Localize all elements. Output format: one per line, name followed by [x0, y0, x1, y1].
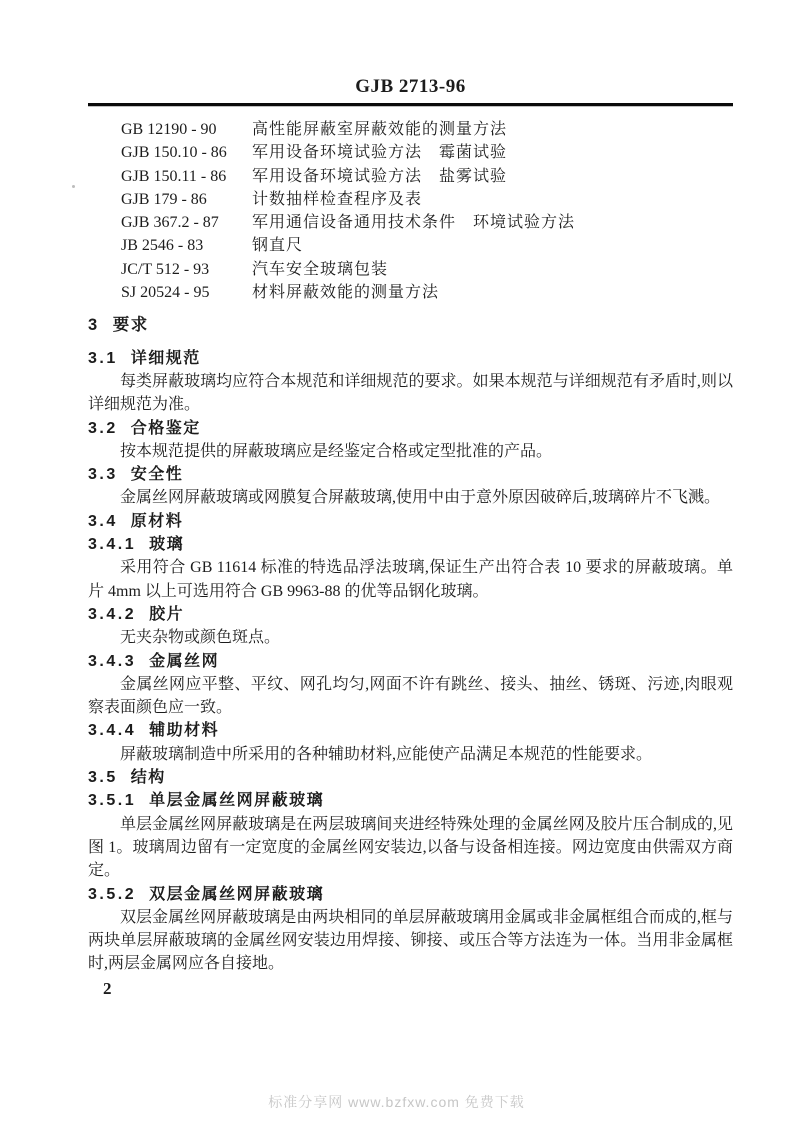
heading-number: 3.5.2 [88, 886, 136, 903]
heading-number: 3.4.1 [88, 536, 136, 553]
reference-row: GJB 150.11 - 86军用设备环境试验方法 盐雾试验 [88, 165, 733, 188]
page-content: GJB 2713-96 GB 12190 - 90高性能屏蔽室屏蔽效能的测量方法… [88, 76, 733, 1000]
heading-title: 合格鉴定 [131, 420, 201, 437]
heading-number: 3 [88, 316, 100, 334]
heading-number: 3.4.3 [88, 653, 136, 670]
body-blocks: 3要求3.1详细规范每类屏蔽玻璃均应符合本规范和详细规范的要求。如果本规范与详细… [88, 314, 733, 975]
reference-code: JB 2546 - 83 [121, 234, 252, 257]
document-page: GJB 2713-96 GB 12190 - 90高性能屏蔽室屏蔽效能的测量方法… [0, 0, 793, 1122]
reference-row: GB 12190 - 90高性能屏蔽室屏蔽效能的测量方法 [88, 118, 733, 141]
heading-number: 3.2 [88, 420, 118, 437]
heading-number: 3.4.4 [88, 722, 136, 739]
paragraph: 金属丝网应平整、平纹、网孔均匀,网面不许有跳丝、接头、抽丝、锈斑、污迹,肉眼观察… [88, 673, 733, 720]
reference-code: GB 12190 - 90 [121, 118, 252, 141]
references-list: GB 12190 - 90高性能屏蔽室屏蔽效能的测量方法GJB 150.10 -… [88, 118, 733, 304]
reference-title: 汽车安全玻璃包装 [252, 258, 733, 281]
standard-number: GJB 2713-96 [88, 76, 733, 98]
reference-title: 军用设备环境试验方法 霉菌试验 [252, 141, 733, 164]
section-heading: 3.5.2双层金属丝网屏蔽玻璃 [88, 883, 733, 906]
section-heading: 3.1详细规范 [88, 347, 733, 370]
heading-number: 3.1 [88, 350, 118, 367]
header-rule [88, 103, 733, 106]
heading-title: 双层金属丝网屏蔽玻璃 [149, 886, 324, 903]
paragraph: 采用符合 GB 11614 标准的特选品浮法玻璃,保证生产出符合表 10 要求的… [88, 556, 733, 603]
heading-title: 原材料 [131, 513, 184, 530]
heading-title: 金属丝网 [149, 653, 219, 670]
heading-title: 详细规范 [131, 350, 201, 367]
paragraph: 金属丝网屏蔽玻璃或网膜复合屏蔽玻璃,使用中由于意外原因破碎后,玻璃碎片不飞溅。 [88, 486, 733, 509]
section-heading: 3要求 [88, 314, 733, 337]
heading-number: 3.5 [88, 769, 118, 786]
reference-code: JC/T 512 - 93 [121, 258, 252, 281]
heading-title: 辅助材料 [149, 722, 219, 739]
reference-row: JB 2546 - 83钢直尺 [88, 234, 733, 257]
section-heading: 3.2合格鉴定 [88, 417, 733, 440]
heading-title: 安全性 [131, 466, 184, 483]
section-heading: 3.3安全性 [88, 463, 733, 486]
reference-row: SJ 20524 - 95材料屏蔽效能的测量方法 [88, 281, 733, 304]
footer-watermark: 标准分享网 www.bzfxw.com 免费下载 [0, 1092, 793, 1112]
paragraph: 无夹杂物或颜色斑点。 [88, 626, 733, 649]
section-heading: 3.5.1单层金属丝网屏蔽玻璃 [88, 789, 733, 812]
heading-title: 胶片 [149, 606, 184, 623]
section-heading: 3.5结构 [88, 766, 733, 789]
heading-number: 3.3 [88, 466, 118, 483]
section-heading: 3.4.3金属丝网 [88, 650, 733, 673]
reference-row: GJB 150.10 - 86军用设备环境试验方法 霉菌试验 [88, 141, 733, 164]
reference-title: 军用通信设备通用技术条件 环境试验方法 [252, 211, 733, 234]
heading-number: 3.4.2 [88, 606, 136, 623]
reference-title: 高性能屏蔽室屏蔽效能的测量方法 [252, 118, 733, 141]
reference-row: GJB 179 - 86计数抽样检查程序及表 [88, 188, 733, 211]
section-heading: 3.4.4辅助材料 [88, 719, 733, 742]
paragraph: 单层金属丝网屏蔽玻璃是在两层玻璃间夹进经特殊处理的金属丝网及胶片压合制成的,见图… [88, 813, 733, 883]
heading-title: 要求 [113, 316, 149, 334]
reference-title: 军用设备环境试验方法 盐雾试验 [252, 165, 733, 188]
paragraph: 双层金属丝网屏蔽玻璃是由两块相同的单层屏蔽玻璃用金属或非金属框组合而成的,框与两… [88, 906, 733, 976]
reference-row: JC/T 512 - 93汽车安全玻璃包装 [88, 258, 733, 281]
paragraph: 按本规范提供的屏蔽玻璃应是经鉴定合格或定型批准的产品。 [88, 440, 733, 463]
reference-row: GJB 367.2 - 87军用通信设备通用技术条件 环境试验方法 [88, 211, 733, 234]
reference-code: GJB 367.2 - 87 [121, 211, 252, 234]
paragraph: 每类屏蔽玻璃均应符合本规范和详细规范的要求。如果本规范与详细规范有矛盾时,则以详… [88, 370, 733, 417]
reference-code: GJB 150.11 - 86 [121, 165, 252, 188]
heading-title: 单层金属丝网屏蔽玻璃 [149, 792, 324, 809]
paragraph: 屏蔽玻璃制造中所采用的各种辅助材料,应能使产品满足本规范的性能要求。 [88, 743, 733, 766]
scan-speck [72, 185, 75, 188]
reference-code: SJ 20524 - 95 [121, 281, 252, 304]
reference-title: 计数抽样检查程序及表 [252, 188, 733, 211]
reference-code: GJB 179 - 86 [121, 188, 252, 211]
reference-code: GJB 150.10 - 86 [121, 141, 252, 164]
reference-title: 材料屏蔽效能的测量方法 [252, 281, 733, 304]
heading-title: 结构 [131, 769, 166, 786]
section-heading: 3.4.1玻璃 [88, 533, 733, 556]
section-heading: 3.4原材料 [88, 510, 733, 533]
heading-number: 3.5.1 [88, 792, 136, 809]
section-heading: 3.4.2胶片 [88, 603, 733, 626]
heading-title: 玻璃 [149, 536, 184, 553]
page-number: 2 [88, 977, 733, 1000]
reference-title: 钢直尺 [252, 234, 733, 257]
heading-number: 3.4 [88, 513, 118, 530]
